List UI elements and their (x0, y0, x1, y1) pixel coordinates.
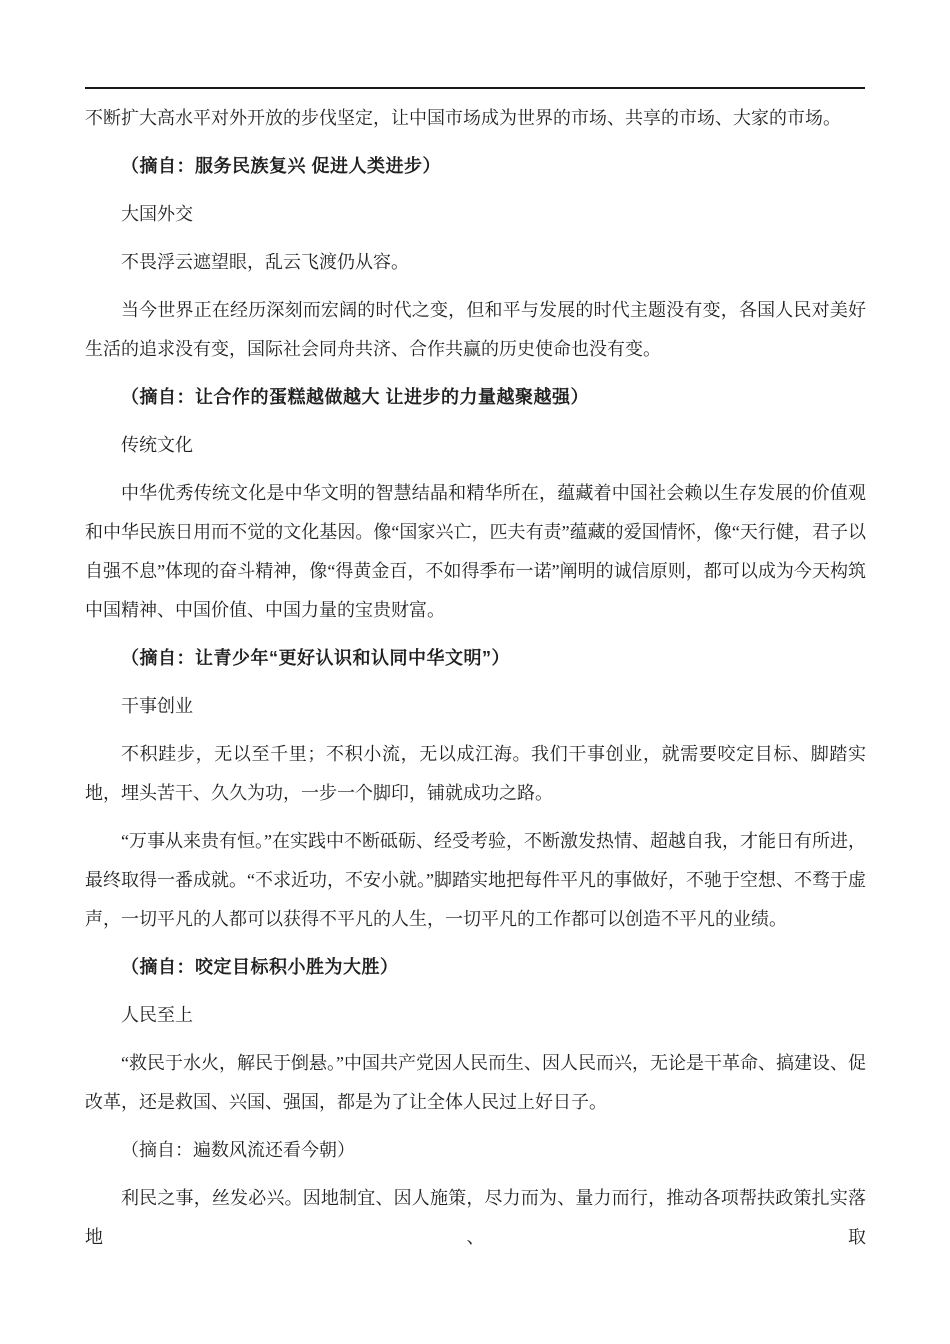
section-heading: 干事创业 (85, 687, 866, 726)
document-body: 不断扩大高水平对外开放的步伐坚定，让中国市场成为世界的市场、共享的市场、大家的市… (85, 90, 866, 1266)
body-paragraph: 当今世界正在经历深刻而宏阔的时代之变，但和平与发展的时代主题没有变，各国人民对美… (85, 291, 866, 369)
section-heading: 人民至上 (85, 996, 866, 1035)
excerpt-source: （摘自：让合作的蛋糕越做越大 让进步的力量越聚越强） (85, 378, 866, 417)
body-paragraph: 不断扩大高水平对外开放的步伐坚定，让中国市场成为世界的市场、共享的市场、大家的市… (85, 99, 866, 138)
body-paragraph: 中华优秀传统文化是中华文明的智慧结晶和精华所在，蕴藏着中国社会赖以生存发展的价值… (85, 474, 866, 630)
section-heading: 传统文化 (85, 426, 866, 465)
document-page: 不断扩大高水平对外开放的步伐坚定，让中国市场成为世界的市场、共享的市场、大家的市… (0, 0, 950, 1344)
body-paragraph: 不畏浮云遮望眼，乱云飞渡仍从容。 (85, 243, 866, 282)
excerpt-source: （摘自：遍数风流还看今朝） (85, 1131, 866, 1170)
excerpt-source: （摘自：让青少年“更好认识和认同中华文明”） (85, 639, 866, 678)
body-paragraph: 不积跬步，无以至千里；不积小流，无以成江海。我们干事创业，就需要咬定目标、脚踏实… (85, 735, 866, 813)
excerpt-source: （摘自：服务民族复兴 促进人类进步） (85, 147, 866, 186)
body-paragraph: “救民于水火，解民于倒悬。”中国共产党因人民而生、因人民而兴，无论是干革命、搞建… (85, 1044, 866, 1122)
header-rule (85, 87, 865, 89)
body-paragraph: 利民之事，丝发必兴。因地制宜、因人施策，尽力而为、量力而行，推动各项帮扶政策扎实… (85, 1179, 866, 1257)
body-paragraph: “万事从来贵有恒。”在实践中不断砥砺、经受考验，不断激发热情、超越自我，才能日有… (85, 822, 866, 939)
section-heading: 大国外交 (85, 195, 866, 234)
excerpt-source: （摘自：咬定目标积小胜为大胜） (85, 948, 866, 987)
